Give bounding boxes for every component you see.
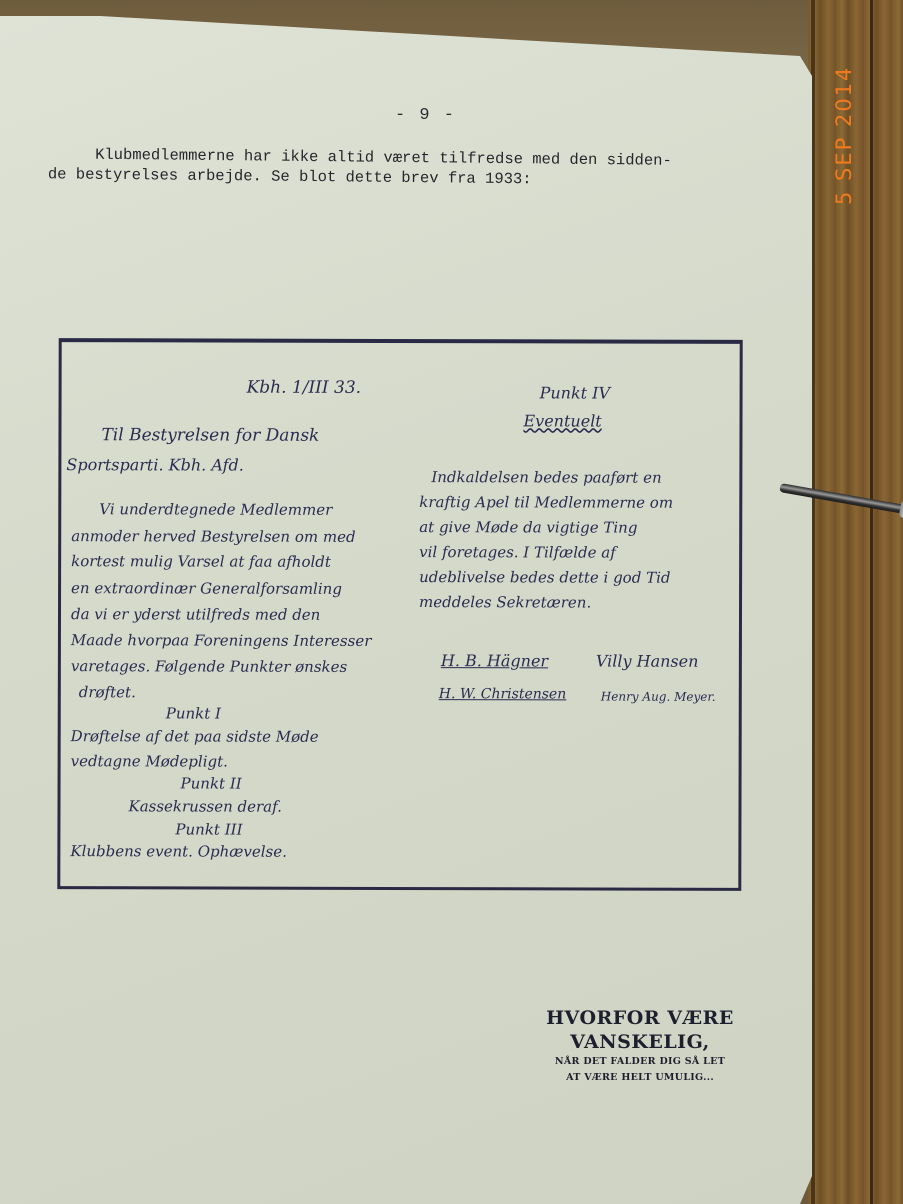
slogan-line4: AT VÆRE HELT UMULIG... xyxy=(530,1070,750,1086)
letter-line: meddeles Sekretæren. xyxy=(419,593,591,611)
point-iv-subheading: Eventuelt xyxy=(523,411,601,430)
letter-line: Vi underdtegnede Medlemmer xyxy=(99,500,332,519)
signature: Henry Aug. Meyer. xyxy=(601,690,716,704)
point-text: Drøftelse af det paa sidste Møde xyxy=(71,727,319,746)
slogan-line3: NÅR DET FALDER DIG SÅ LET xyxy=(530,1054,750,1070)
intro-paragraph: Klubmedlemmerne har ikke altid været til… xyxy=(48,144,768,192)
point-text: Klubbens event. Ophævelse. xyxy=(70,842,287,861)
letter-line: at give Møde da vigtige Ting xyxy=(419,518,637,537)
point-heading: Punkt II xyxy=(181,774,242,792)
point-heading: Punkt III xyxy=(175,820,242,838)
photo-date-stamp: 5 SEP 2014 xyxy=(832,66,856,205)
letter-line: kraftig Apel til Medlemmerne om xyxy=(419,493,673,512)
letter-facsimile: Kbh. 1/III 33. Til Bestyrelsen for Dansk… xyxy=(57,338,742,891)
slogan-line2: VANSKELIG, xyxy=(530,1030,750,1054)
letter-line: da vi er yderst utilfreds med den xyxy=(71,605,320,624)
letter-line: Maade hvorpaa Foreningens Interesser xyxy=(71,631,372,650)
letter-line: vil foretages. I Tilfælde af xyxy=(419,543,616,562)
page-number: - 9 - xyxy=(395,106,456,125)
document-page: - 9 - Klubmedlemmerne har ikke altid vær… xyxy=(0,16,812,1204)
wood-groove xyxy=(870,0,873,1204)
slogan-line1: HVORFOR VÆRE xyxy=(530,1006,750,1030)
letter-line: Indkaldelsen bedes paaført en xyxy=(431,468,661,487)
letter-addressee-line2: Sportsparti. Kbh. Afd. xyxy=(66,455,244,474)
point-text: vedtagne Mødepligt. xyxy=(71,752,228,770)
letter-line: kortest mulig Varsel at faa afholdt xyxy=(71,552,331,571)
letter-line: en extraordinær Generalforsamling xyxy=(71,579,342,598)
letter-line: udeblivelse bedes dette i god Tid xyxy=(419,568,670,587)
pen-cap xyxy=(899,500,903,519)
signature: H. W. Christensen xyxy=(439,686,566,702)
letter-line: drøftet. xyxy=(79,683,136,701)
letter-line: varetages. Følgende Punkter ønskes xyxy=(71,657,347,676)
letter-date: Kbh. 1/III 33. xyxy=(247,378,362,398)
letter-line: anmoder herved Bestyrelsen om med xyxy=(71,527,355,546)
signature: H. B. Hägner xyxy=(441,651,548,670)
signature: Villy Hansen xyxy=(596,652,699,671)
point-heading: Punkt I xyxy=(166,704,221,722)
letter-addressee: Til Bestyrelsen for Dansk xyxy=(101,425,319,446)
slogan: HVORFOR VÆRE VANSKELIG, NÅR DET FALDER D… xyxy=(530,1006,750,1086)
point-text: Kassekrussen deraf. xyxy=(128,797,281,815)
point-iv-heading: Punkt IV xyxy=(540,383,611,402)
